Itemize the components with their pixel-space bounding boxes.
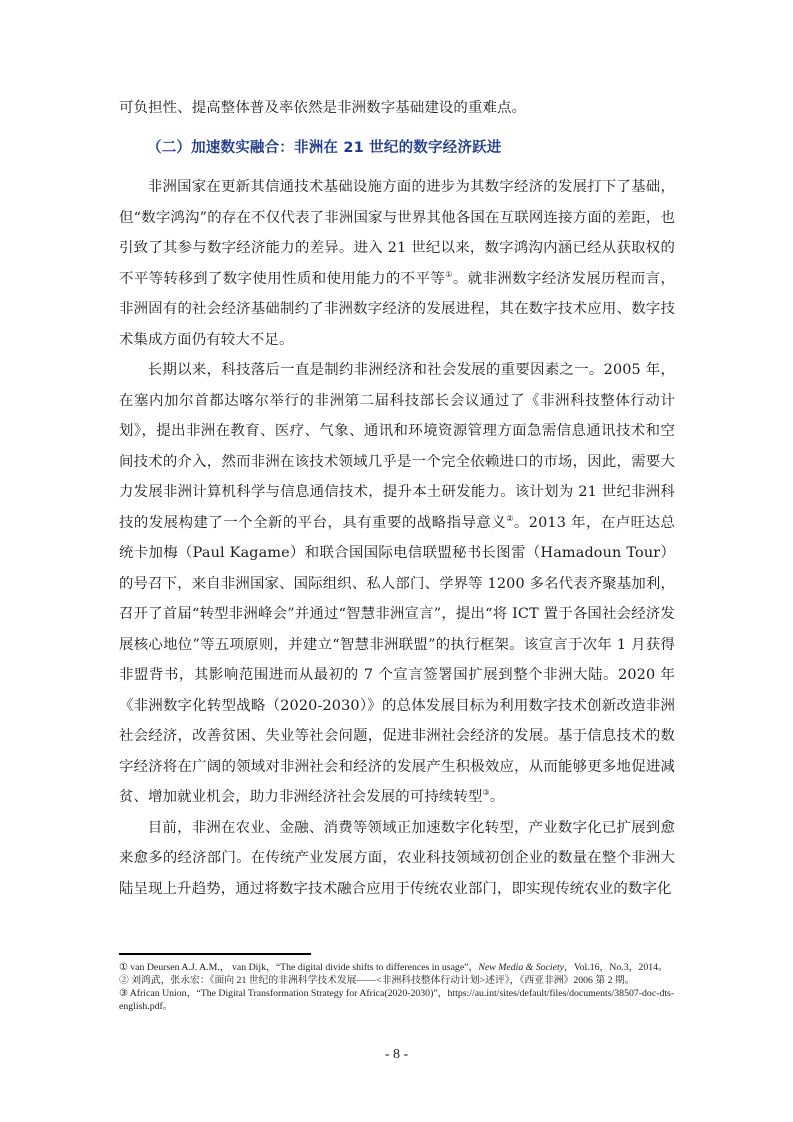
- footnote-1-text: van Deursen A.J. A.M.， van Dijk，“The dig…: [128, 962, 479, 973]
- body-text: 非洲国家在更新其信通技术基础设施方面的进步为其数字经济的发展打下了基础，但“数字…: [119, 172, 675, 904]
- footnote-1-mark: ①: [119, 962, 128, 973]
- footnote-2-mark: ②: [119, 975, 129, 986]
- paragraph-1: 非洲国家在更新其信通技术基础设施方面的进步为其数字经济的发展打下了基础，但“数字…: [119, 172, 675, 355]
- paragraph-2-text-c: 。: [490, 789, 505, 805]
- footnote-2: ② 刘鸿武，张永宏：《面向 21 世纪的非洲科学技术发展——<非洲科技整体行动计…: [119, 974, 675, 987]
- footnote-1-journal: New Media & Society: [478, 962, 564, 973]
- footnote-ref-3[interactable]: ③: [483, 788, 490, 797]
- page-number: - 8 -: [0, 1047, 793, 1063]
- section-heading: （二）加速数实融合：非洲在 21 世纪的数字经济跃进: [147, 136, 501, 157]
- footnote-1-details: ，Vol.16，No.3，2014。: [564, 962, 668, 973]
- opening-line: 可负担性、提高整体普及率依然是非洲数字基础建设的重难点。: [119, 93, 675, 124]
- paragraph-2: 长期以来，科技落后一直是制约非洲经济和社会发展的重要因素之一。2005 年，在塞…: [119, 355, 675, 813]
- footnote-3: ③ African Union，“The Digital Transformat…: [119, 987, 675, 1013]
- footnote-3-text[interactable]: African Union，“The Digital Transformatio…: [119, 988, 674, 1012]
- footnote-2-text: 刘鸿武，张永宏：《面向 21 世纪的非洲科学技术发展——<非洲科技整体行动计划>…: [129, 975, 635, 986]
- paragraph-3: 目前，非洲在农业、金融、消费等领域正加速数字化转型，产业数字化已扩展到愈来愈多的…: [119, 813, 675, 905]
- opening-line-block: 可负担性、提高整体普及率依然是非洲数字基础建设的重难点。: [119, 93, 675, 124]
- document-page: 可负担性、提高整体普及率依然是非洲数字基础建设的重难点。 （二）加速数实融合：非…: [0, 0, 793, 1122]
- footnote-ref-1[interactable]: ①: [445, 270, 453, 279]
- footnote-1: ① van Deursen A.J. A.M.， van Dijk，“The d…: [119, 961, 675, 974]
- footnotes: ① van Deursen A.J. A.M.， van Dijk，“The d…: [119, 961, 675, 1013]
- footnote-divider: [119, 953, 311, 955]
- paragraph-2-text-b: 。2013 年，在卢旺达总统卡加梅（Paul Kagame）和联合国国际电信联盟…: [119, 515, 675, 806]
- footnote-ref-2[interactable]: ②: [506, 514, 514, 523]
- footnote-3-mark: ③: [119, 988, 128, 999]
- paragraph-2-text-a: 长期以来，科技落后一直是制约非洲经济和社会发展的重要因素之一。2005 年，在塞…: [119, 362, 675, 531]
